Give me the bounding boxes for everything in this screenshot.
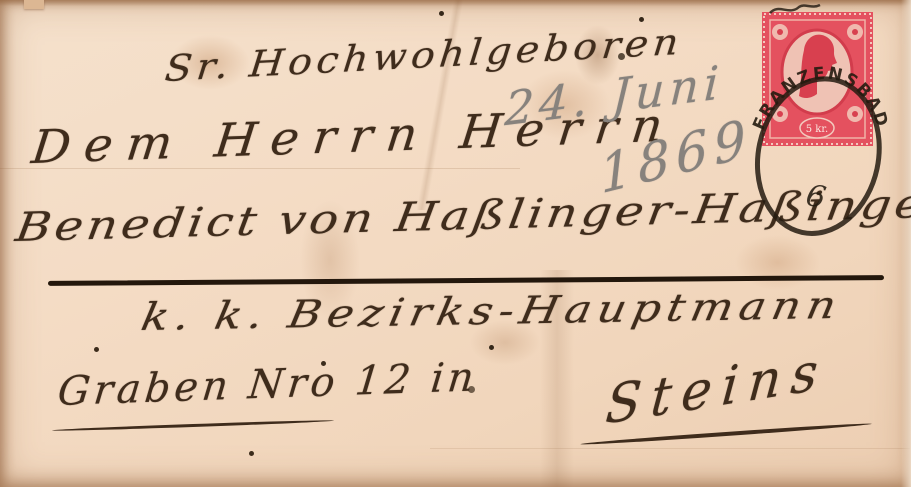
underline-flourish-street <box>52 419 334 432</box>
envelope-scan: Sr. Hochwohlgeboren Dem Herrn Herrn Bene… <box>0 0 911 487</box>
address-line-street: Graben Nro 12 in <box>56 357 480 412</box>
ink-speckles <box>0 0 3 3</box>
address-line-title: k. k. Bezirks-Hauptmann <box>138 286 845 336</box>
postmark: FRANZENSBAD 6 <box>713 33 911 274</box>
postmark-day: 6 <box>803 178 829 216</box>
paper-notch <box>24 0 44 9</box>
address-line-town: Steins <box>604 344 830 432</box>
envelope: Sr. Hochwohlgeboren Dem Herrn Herrn Bene… <box>0 0 911 487</box>
pen-mark <box>765 0 825 20</box>
